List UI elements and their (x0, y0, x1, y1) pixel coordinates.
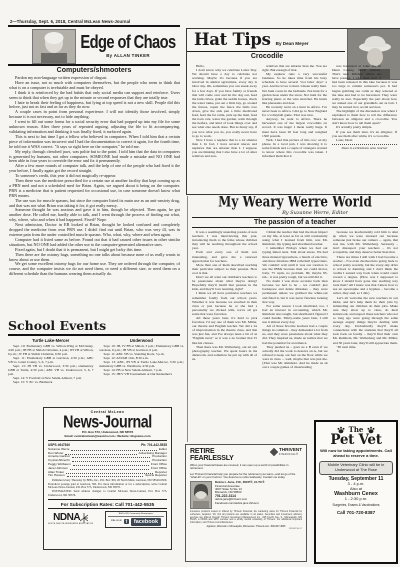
school-name-underwood: Underwood (99, 338, 185, 343)
pet-vet-title: Pet Vet (319, 434, 393, 447)
thrivent-ad-code: 28910R N6-17 (190, 528, 302, 530)
thrivent-ad: RETIRE FEARLESSLY THRIVENT FINANCIAL® Wh… (185, 444, 307, 562)
weary-werre-world-byline: By Suzanne Werre, Editor (232, 210, 398, 216)
schedule-item: Sept. 15: V XC vs. Bismarck (8, 380, 94, 384)
edge-of-chaos-paragraph: We get some excellent ostomy bags for ou… (9, 262, 180, 277)
allan-tinker-photo (32, 29, 76, 64)
masthead-contact: Email: centralmclean@westriv.com • Websi… (48, 434, 167, 438)
weary-paragraph: I remember Fridays when we had our typin… (262, 246, 327, 279)
hat-tips-paragraph: My nephew runs a very successful busines… (262, 72, 327, 105)
weary-column-2: I think the teacher that had the most im… (262, 230, 327, 436)
edge-of-chaos-paragraph: Someone thought he was anxious and gave … (9, 208, 180, 223)
masthead-staff-list: Suzanne WerreEditorDon WinterAdvertising… (48, 448, 167, 478)
edge-of-chaos-rule (8, 64, 180, 66)
weary-paragraph: It was a seemingly unending parade of ne… (192, 230, 257, 250)
weary-paragraph: There are times I still wish I had becom… (333, 255, 398, 296)
facebook-wordmark: facebook (131, 518, 161, 526)
hat-tips-paragraph: Well, I had this picture of this croc on… (262, 138, 327, 158)
edge-of-chaos-title: Edge of Chaos (77, 33, 179, 51)
folio-rule (8, 25, 180, 27)
masthead-subscription-line: For Subscription Rates: Call 701-442-553… (48, 499, 167, 509)
hat-tips-columns: Hello,I don't know why we celebrate Labo… (192, 64, 397, 192)
weary-paragraph: I think we all have particular teachers … (192, 291, 257, 316)
pet-vet-phone: Call 701-720-8387 (319, 510, 393, 515)
weary-paragraph: Let's all welcome the new teachers in ou… (333, 296, 398, 345)
masthead-title: News-Journal (47, 412, 168, 430)
photo-wrap-spacer (381, 64, 397, 80)
dot-leader (72, 461, 151, 462)
weary-paragraph: For some reason I took shorthand, too. I… (262, 304, 327, 324)
pet-vet-clinic-line: Mobile Veterinary Clinic will be in Unde… (319, 461, 393, 475)
facebook-badge: BHG's ND Community Newspapers Like us on… (105, 511, 167, 528)
hat-tips-header: Hat Tips By Dean Meyer (194, 30, 309, 49)
weary-paragraph: I think the teacher that had the most im… (262, 230, 327, 246)
schedule-item: Sept. 15: JH/V VB Tournament at Our Rede… (99, 372, 185, 376)
weary-paragraph: Each and every one of them was interesti… (192, 250, 257, 262)
weary-paragraph: All of those favorite teachers had a cou… (262, 324, 327, 344)
schedule-item: Sept. 10: JH, JV FB at Shiloh, 3 p.m.; E… (99, 344, 185, 352)
newspaper-page: 2—Thursday, Sept. 6, 2018, Central McLea… (0, 0, 400, 567)
dot-leader (65, 454, 136, 455)
weary-article-headline: The passion of a teacher (192, 218, 398, 228)
hat-tips-rule (187, 51, 345, 52)
facebook-icon: f (124, 519, 129, 524)
agent-facebook: Facebook.com/debra.jans.thrivent (215, 502, 264, 505)
hat-tips-box: Hat Tips By Dean Meyer Crocodile Hello,I… (186, 28, 400, 195)
thrivent-fine-print: Insurance products issued or offered by … (190, 511, 302, 525)
edge-of-chaos-headline: Computers/shmooters (8, 67, 180, 74)
thrivent-headline: RETIRE FEARLESSLY (190, 448, 234, 462)
hat-tips-title: Hat Tips (194, 30, 271, 49)
ndna-starburst-icon (80, 513, 88, 523)
ndna-acronym: NDNA (53, 513, 80, 523)
thrivent-body-2: Let Thrivent Financial help you prepare … (190, 473, 302, 480)
hat-tips-paragraph: The highlight of the discussion was when… (332, 109, 397, 125)
weary-paragraph: because we inadvertently told him to shu… (333, 230, 398, 255)
underwood-schedule: Sept. 10: JH, JV FB at Shiloh, 3 p.m.; E… (99, 344, 185, 376)
weary-werre-world-title: My Weary Werre World (200, 196, 390, 211)
facebook-like-text: Like us on (111, 520, 122, 523)
thrivent-agent-block: Debra L Jans, FIC, RICP®, CLTC® Financia… (190, 481, 302, 509)
hat-tips-paragraph: If you see them later, it's an alligator… (332, 130, 397, 138)
weary-paragraph: More than one of them described teaching… (192, 263, 257, 275)
hat-tips-article-headline: Crocodile (187, 53, 347, 60)
dot-leader (73, 465, 149, 466)
hat-tips-paragraph: relatives that are smarter than me. You … (262, 64, 327, 72)
column-divider-rule (187, 196, 188, 442)
hat-tips-paragraph: He recently went on a hunt in Africa. I'… (262, 105, 327, 117)
thrivent-body-1: When your financial bases are covered, i… (190, 464, 302, 471)
hat-tips-paragraph: Anyway, he went to Africa. There he harv… (262, 117, 327, 137)
weary-paragraph: Don't we all want our children's teacher… (192, 275, 257, 291)
masthead-postmaster: POSTMASTER: Send address changes to Cent… (48, 490, 167, 497)
schedule-item: Sept. 13: JH VB vs. Underwood, 3:30 p.m.… (8, 364, 94, 376)
thrivent-logo-icon (270, 448, 278, 456)
edge-of-chaos-body: Pardon my non-language written expressio… (9, 76, 180, 318)
dot-leader (66, 473, 153, 474)
pet-vet-time-2: 1 - 2:30 p.m. (319, 497, 393, 502)
hat-tips-paragraph: Now I have a nephew that is a lot smarte… (192, 138, 257, 158)
portrait-illustration (33, 30, 75, 63)
edge-of-chaos-paragraph: Next admission, Doctor in ER looked at B… (9, 223, 180, 238)
hat-tips-paragraph: I don't know why we celebrate Labor Day.… (192, 68, 257, 138)
hat-tips-byline: By Dean Meyer (276, 41, 309, 46)
ndna-caption: NORTH DAKOTA NEWSPAPER ASSOCIATION (48, 523, 93, 525)
weary-paragraph: They pushed us – gave us a B even if we … (262, 345, 327, 370)
masthead-box: Central McLean News-Journal P.O. Box 573… (43, 407, 172, 550)
thrivent-footer: Appleton, Wisconsin • Minneapolis, Minne… (190, 526, 302, 528)
masthead-published: Published every Thursday by BHG, Inc., P… (48, 479, 167, 489)
agent-portrait (191, 482, 211, 508)
edge-of-chaos-paragraph: My reply, through clenched jaws, was pol… (9, 150, 180, 165)
debra-jans-photo (190, 481, 212, 509)
hat-tips-tagline: Dean is a Dickinson area rancher (332, 144, 397, 150)
edge-of-chaos-byline: By ALLAN TINKER (76, 53, 180, 58)
dot-leader (72, 457, 150, 458)
edge-of-chaos-header: Edge of Chaos By ALLAN TINKER (8, 28, 180, 64)
hat-tips-column-1: Hello,I don't know why we celebrate Labo… (192, 64, 257, 192)
weary-paragraph: No doubt I was more accurate back then b… (262, 279, 327, 304)
schedule-item: Sept. 10: Elementary GBB vs. Wilton-Wing… (8, 344, 94, 356)
thrivent-brand-name: THRIVENT (279, 448, 302, 453)
hat-tips-paragraph: Later, Dean (332, 138, 397, 142)
folio-line: 2—Thursday, Sept. 6, 2018, Central McLea… (10, 19, 130, 24)
pet-vet-services: Surgeries, Exams & Vaccinations (319, 504, 393, 508)
weary-paragraph: All these years later, it's hard to pick… (192, 316, 257, 345)
school-events-columns: Turtle Lake-Mercer Sept. 10: Elementary … (8, 338, 184, 405)
weary-column-3: because we inadvertently told him to shu… (333, 230, 398, 436)
masthead-logos-row: NDNA NORTH DAKOTA NEWSPAPER ASSOCIATION … (48, 511, 167, 528)
edge-of-chaos-paragraph: I went to fill out some forms for a soci… (9, 120, 180, 135)
hat-tips-column-3: was harvested at Lake Ilo, in Dunn Count… (332, 64, 397, 192)
dot-leader (70, 469, 149, 470)
ndna-logo: NDNA NORTH DAKOTA NEWSPAPER ASSOCIATION (48, 513, 93, 525)
facebook-badge-top: BHG's ND Community Newspapers (108, 513, 164, 517)
thrivent-logo: THRIVENT FINANCIAL® (271, 448, 302, 456)
weary-columns: It was a seemingly unending parade of ne… (192, 230, 398, 436)
weary-paragraph: Then there was Mr. Wallesberg, our art a… (192, 345, 257, 361)
turtle-lake-schedule: Sept. 10: Elementary GBB vs. Wilton-Wing… (8, 344, 94, 384)
hat-tips-column-2: relatives that are smarter than me. You … (262, 64, 327, 192)
schedule-item: Sept. 11: Elementary GBB at Garrison, 4:… (8, 356, 94, 364)
school-name-turtle-lake: Turtle Lake-Mercer (8, 338, 94, 343)
weary-column-1: It was a seemingly unending parade of ne… (192, 230, 257, 436)
school-events-turtle-lake: Turtle Lake-Mercer Sept. 10: Elementary … (8, 338, 94, 405)
masthead-rule (48, 440, 167, 441)
edge-of-chaos-paragraph: Then there was the medicine prescribed f… (9, 179, 180, 199)
edge-of-chaos-paragraph: This is next to last time I got a fellow… (9, 135, 180, 150)
school-events-title: School Events (8, 319, 180, 336)
pet-vet-intro: Will now be taking appointments. Call ah… (319, 449, 393, 458)
schedule-item: Sept. 13: ABC, JH VB at Turtle Lake-Merc… (99, 360, 185, 368)
pet-vet-ad: The Pet Vet Will now be taking appointme… (314, 420, 398, 564)
thrivent-brand-sub: FINANCIAL® (279, 453, 302, 456)
weary-werre-world-section: My Weary Werre World By Suzanne Werre, E… (192, 196, 398, 444)
school-events-underwood: Underwood Sept. 10: JH, JV FB at Shiloh,… (99, 338, 185, 405)
weary-paragraph: S. (333, 349, 398, 353)
